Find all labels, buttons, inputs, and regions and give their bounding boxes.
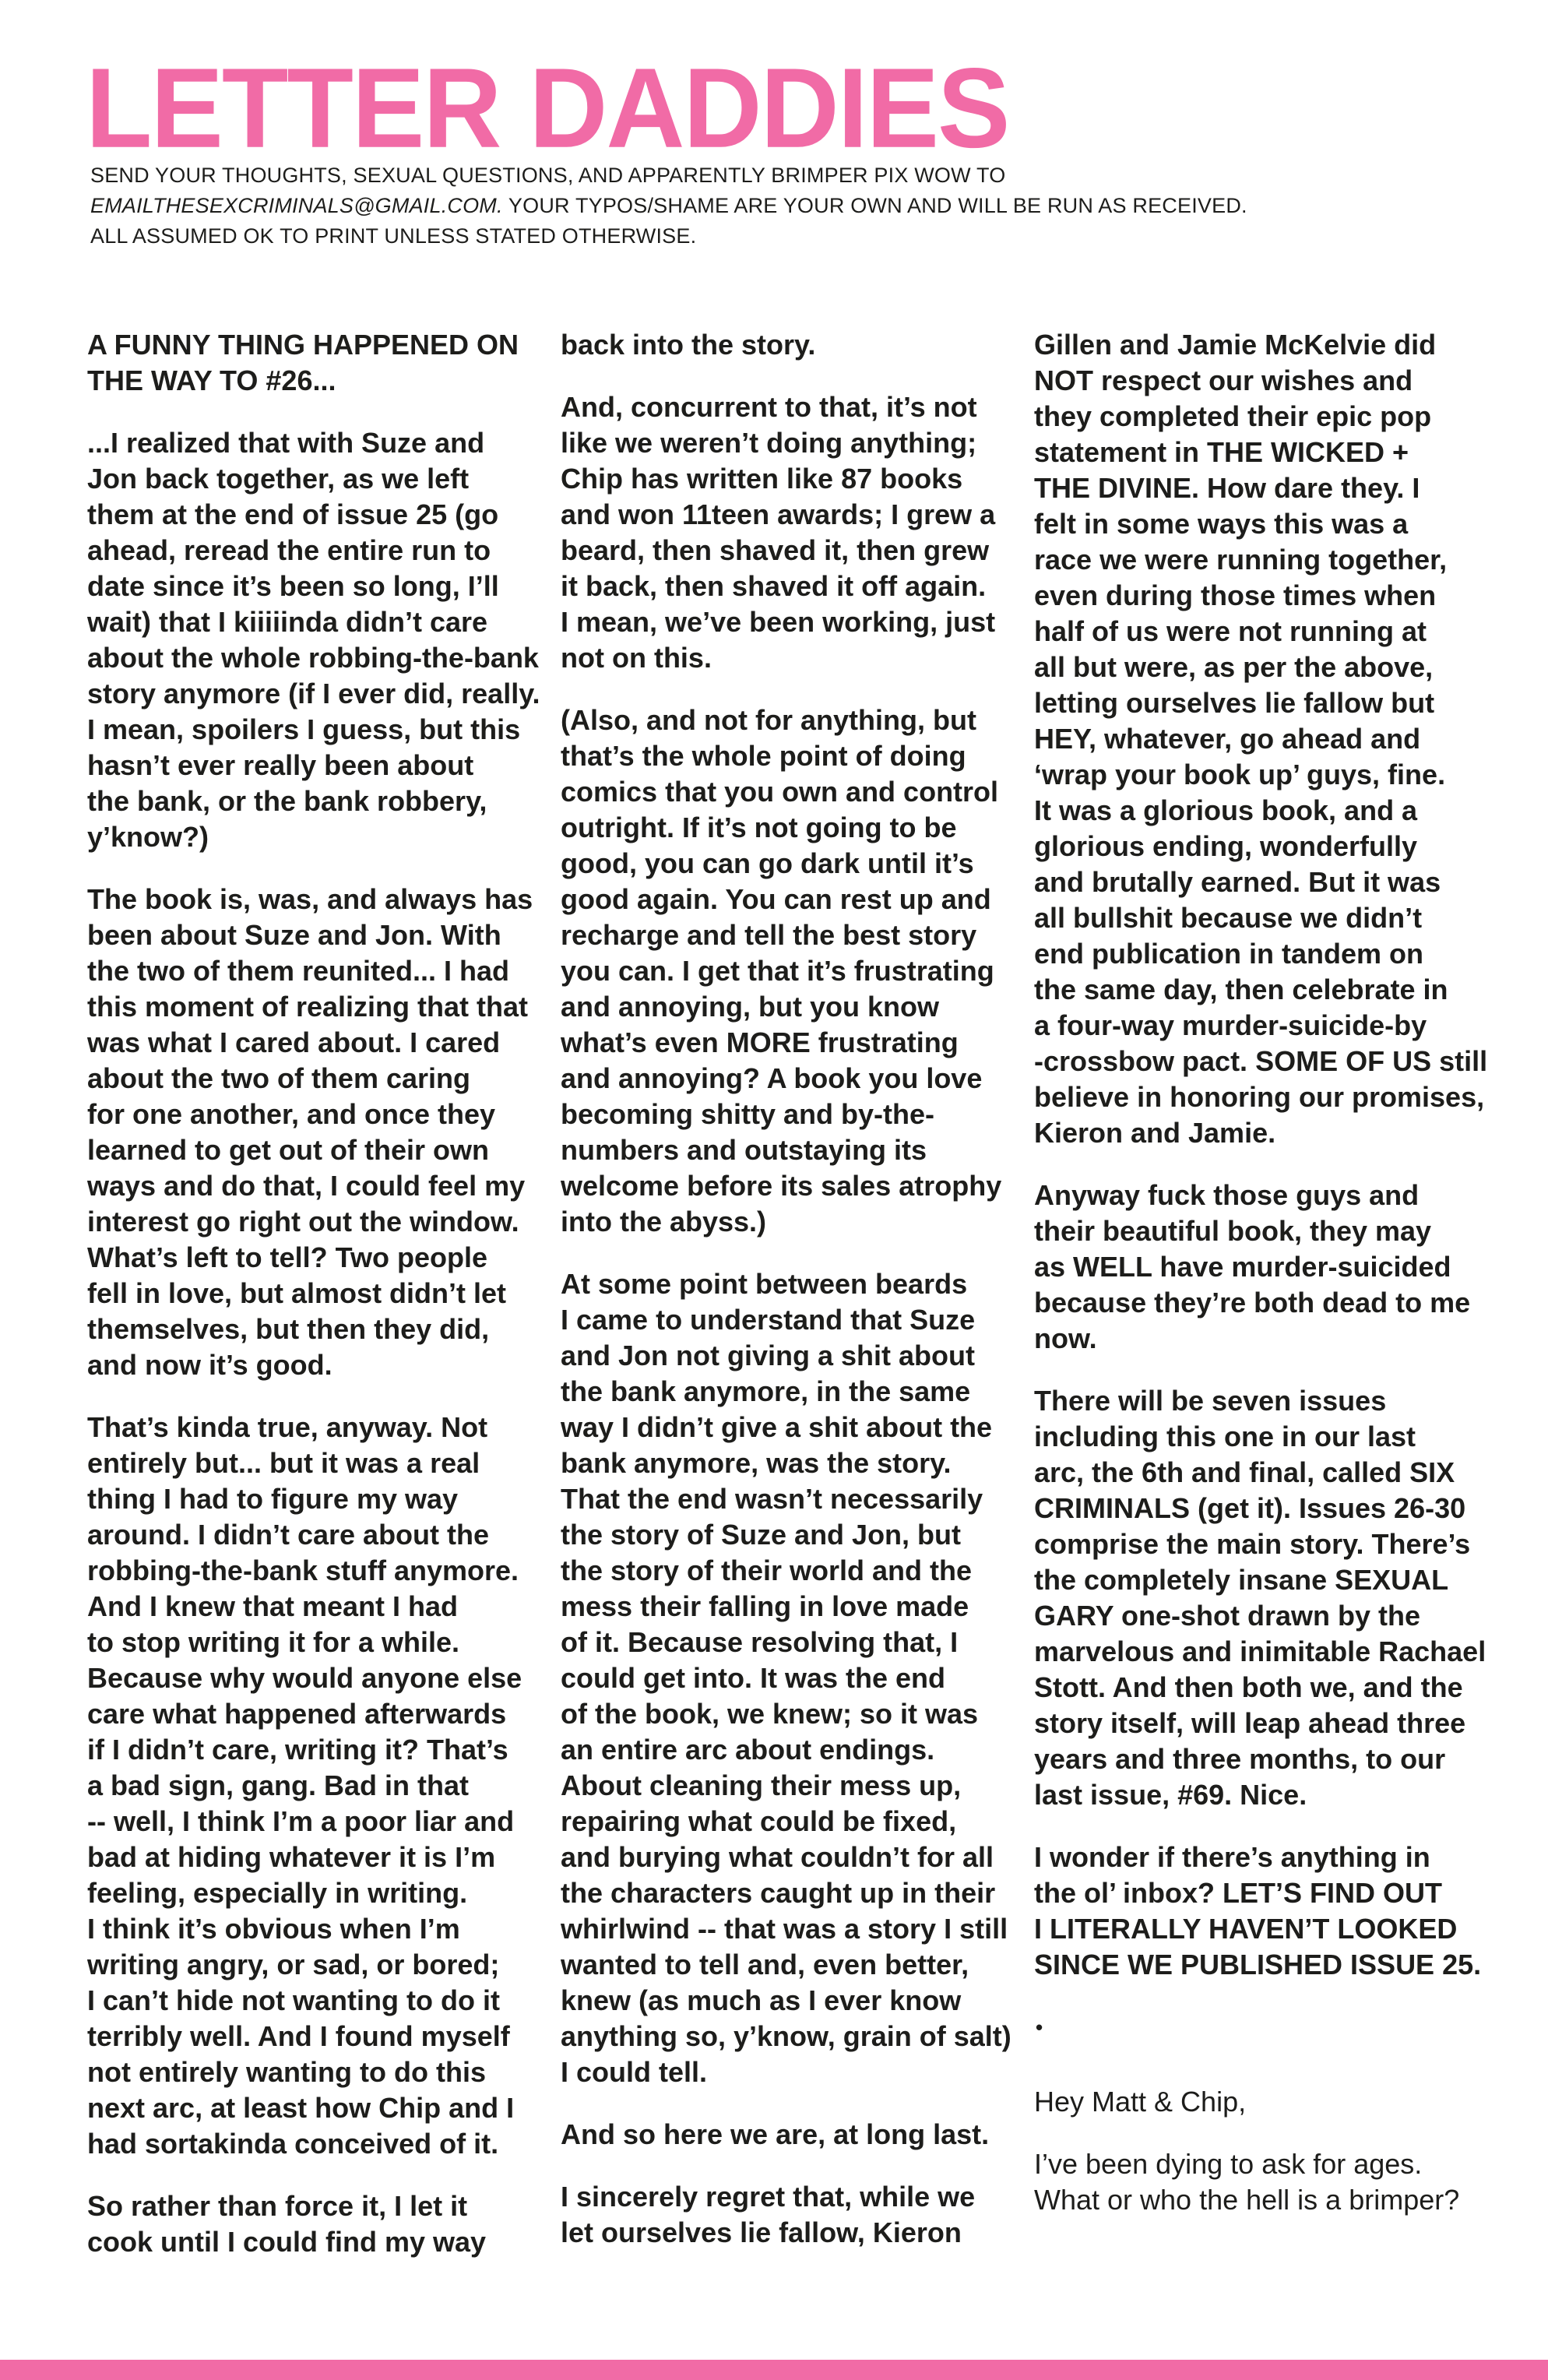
col2-paragraph-2: (Also, and not for anything, but that’s … bbox=[561, 702, 1020, 1240]
intro-line1: SEND YOUR THOUGHTS, SEXUAL QUESTIONS, AN… bbox=[90, 164, 1005, 187]
text-columns: A FUNNY THING HAPPENED ON THE WAY TO #26… bbox=[87, 327, 1493, 2287]
col3-paragraph-0: Gillen and Jamie McKelvie did NOT respec… bbox=[1034, 327, 1493, 1151]
col1-paragraph-2: The book is, was, and always has been ab… bbox=[87, 882, 547, 1383]
col3-paragraph-2: There will be seven issues including thi… bbox=[1034, 1383, 1493, 1813]
column-2: back into the story. And, concurrent to … bbox=[561, 327, 1020, 2287]
footer-accent-bar bbox=[0, 2360, 1548, 2380]
col1-paragraph-3: That’s kinda true, anyway. Not entirely … bbox=[87, 1410, 547, 2162]
col3-paragraph-3: I wonder if there’s anything in the ol’ … bbox=[1034, 1840, 1493, 1983]
col3-paragraph-1: Anyway fuck those guys and their beautif… bbox=[1034, 1178, 1493, 1357]
reader-letter-body: I’ve been dying to ask for ages. What or… bbox=[1034, 2146, 1493, 2218]
column-3: Gillen and Jamie McKelvie did NOT respec… bbox=[1034, 327, 1493, 2287]
email-address: EMAILTHESEXCRIMINALS@GMAIL.COM. bbox=[90, 194, 503, 217]
page-title: LETTER DADDIES bbox=[86, 51, 1008, 165]
col2-paragraph-1: And, concurrent to that, it’s not like w… bbox=[561, 389, 1020, 676]
intro-text: SEND YOUR THOUGHTS, SEXUAL QUESTIONS, AN… bbox=[90, 160, 1247, 252]
col2-paragraph-5: I sincerely regret that, while we let ou… bbox=[561, 2179, 1020, 2251]
col1-paragraph-1: ...I realized that with Suze and Jon bac… bbox=[87, 425, 547, 855]
letters-page: LETTER DADDIES SEND YOUR THOUGHTS, SEXUA… bbox=[0, 0, 1548, 2380]
col1-paragraph-4: So rather than force it, I let it cook u… bbox=[87, 2188, 547, 2260]
reader-letter-greeting: Hey Matt & Chip, bbox=[1034, 2084, 1493, 2120]
bullet-separator: • bbox=[1036, 2009, 1493, 2045]
column-1: A FUNNY THING HAPPENED ON THE WAY TO #26… bbox=[87, 327, 547, 2287]
col1-heading: A FUNNY THING HAPPENED ON THE WAY TO #26… bbox=[87, 327, 547, 399]
intro-line2-rest: YOUR TYPOS/SHAME ARE YOUR OWN AND WILL B… bbox=[503, 194, 1247, 217]
intro-line3: ALL ASSUMED OK TO PRINT UNLESS STATED OT… bbox=[90, 224, 696, 248]
col2-paragraph-3: At some point between beards I came to u… bbox=[561, 1266, 1020, 2090]
col2-paragraph-0: back into the story. bbox=[561, 327, 1020, 363]
col2-paragraph-4: And so here we are, at long last. bbox=[561, 2117, 1020, 2153]
